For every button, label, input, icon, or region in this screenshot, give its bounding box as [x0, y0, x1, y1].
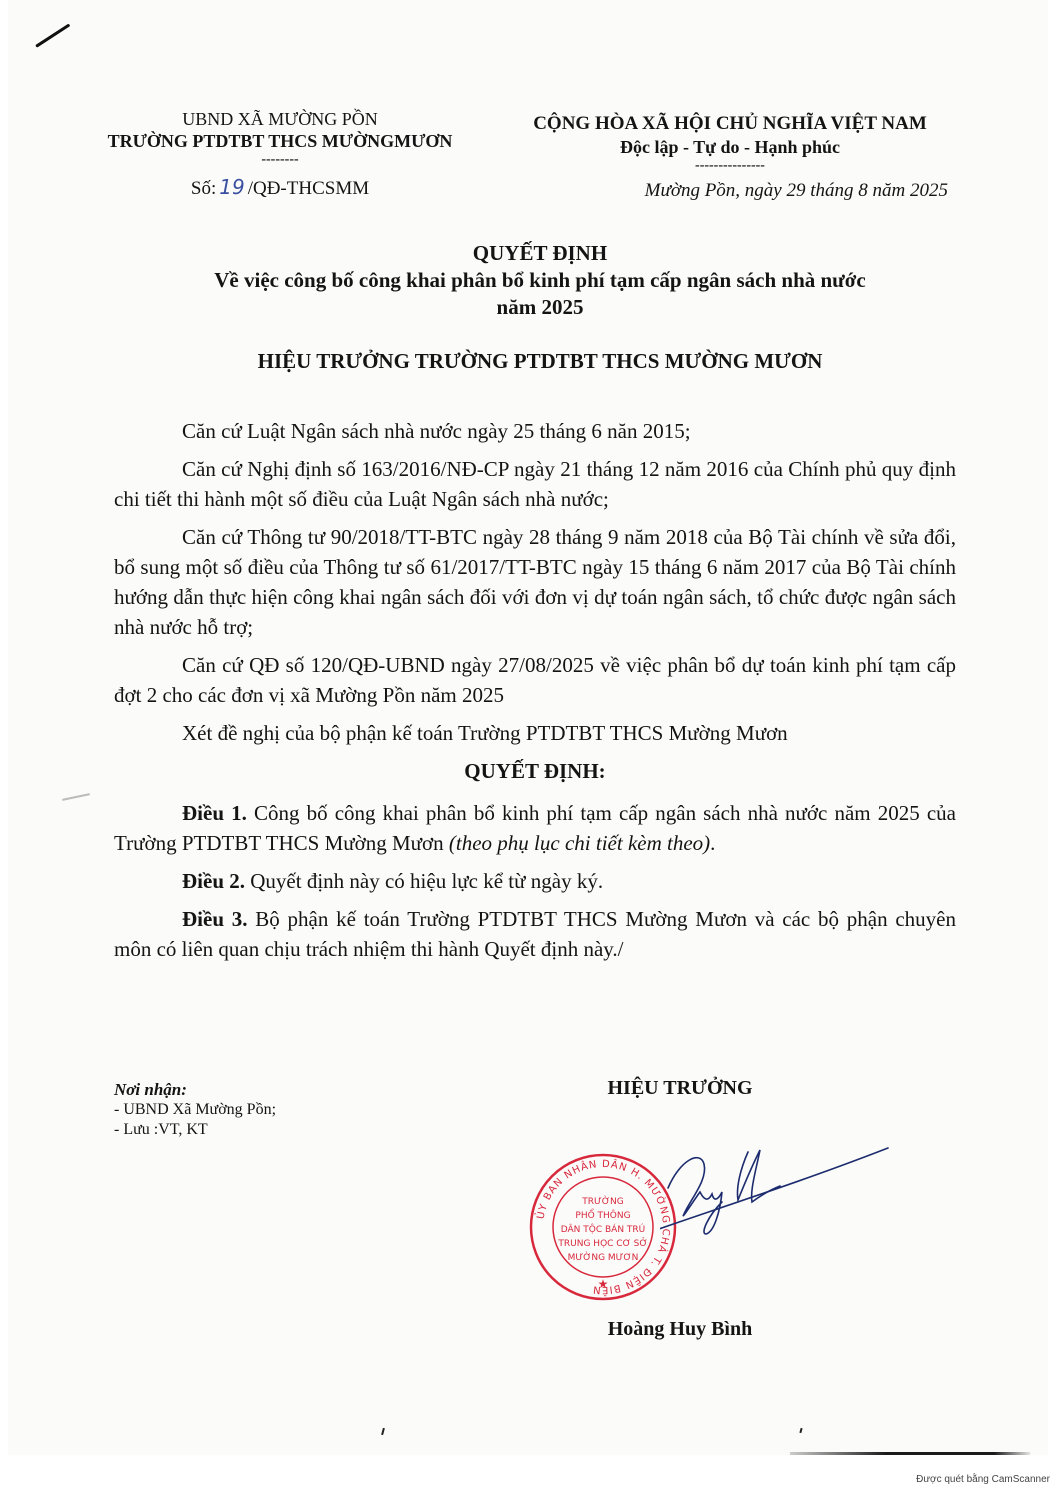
document-body: Căn cứ Luật Ngân sách nhà nước ngày 25 t…: [114, 416, 956, 972]
svg-text:MƯỜNG MƯƠN: MƯỜNG MƯƠN: [568, 1251, 639, 1263]
scanner-watermark: Được quét bằng CamScanner: [860, 1474, 1050, 1485]
number-suffix: /QĐ-THCSMM: [248, 178, 369, 199]
national-motto: Độc lập - Tự do - Hạnh phúc: [490, 136, 970, 158]
authority-name: UBND XÃ MƯỜNG PỒN: [70, 108, 490, 130]
legal-basis-3: Căn cứ Thông tư 90/2018/TT-BTC ngày 28 t…: [114, 522, 956, 642]
recipients-label: Nơi nhận:: [114, 1080, 474, 1100]
article-label: Điều 1.: [182, 801, 247, 825]
svg-text:DÂN TỘC BÁN TRÚ: DÂN TỘC BÁN TRÚ: [561, 1223, 646, 1235]
svg-text:TRUNG HỌC CƠ SỞ: TRUNG HỌC CƠ SỞ: [557, 1237, 647, 1249]
subject-line-2: năm 2025: [140, 294, 940, 321]
handwritten-number: 19: [216, 175, 247, 199]
article-2: Điều 2. Quyết định này có hiệu lực kể từ…: [114, 866, 956, 896]
article-1: Điều 1. Công bố công khai phân bổ kinh p…: [114, 798, 956, 858]
proposal-basis: Xét đề nghị của bộ phận kế toán Trường P…: [114, 718, 956, 748]
recipient-item: - Lưu :VT, KT: [114, 1120, 474, 1140]
svg-text:★: ★: [598, 1277, 609, 1291]
article-label: Điều 2.: [182, 869, 245, 893]
document-title-block: QUYẾT ĐỊNH Về việc công bố công khai phâ…: [140, 240, 940, 375]
national-heading-block: CỘNG HÒA XÃ HỘI CHỦ NGHĨA VIỆT NAM Độc l…: [490, 112, 970, 204]
document-type: QUYẾT ĐỊNH: [140, 240, 940, 267]
legal-basis-1: Căn cứ Luật Ngân sách nhà nước ngày 25 t…: [114, 416, 956, 446]
svg-text:PHỔ THÔNG: PHỔ THÔNG: [575, 1208, 630, 1221]
document-number: Số:19/QĐ-THCSMM: [70, 174, 490, 202]
svg-text:TRƯỜNG: TRƯỜNG: [581, 1195, 623, 1207]
legal-basis-2: Căn cứ Nghị định số 163/2016/NĐ-CP ngày …: [114, 454, 956, 514]
issuer-heading: HIỆU TRƯỞNG TRƯỜNG PTDTBT THCS MƯỜNG MƯƠ…: [140, 347, 940, 375]
article-note: (theo phụ lục chi tiết kèm theo): [449, 831, 710, 855]
legal-basis-4: Căn cứ QĐ số 120/QĐ-UBND ngày 27/08/2025…: [114, 650, 956, 710]
place-date: Mường Pồn, ngày 29 tháng 8 năm 2025: [490, 178, 970, 204]
school-name: TRƯỜNG PTDTBT THCS MƯỜNGMƯƠN: [70, 130, 490, 152]
decision-heading: QUYẾT ĐỊNH:: [114, 756, 956, 786]
article-end: .: [710, 831, 715, 855]
divider: --------: [70, 152, 490, 168]
page-edge-shadow: [790, 1452, 1030, 1455]
handwritten-signature: [660, 1140, 890, 1240]
recipients-block: Nơi nhận: - UBND Xã Mường Pồn; - Lưu :VT…: [114, 1080, 474, 1140]
article-text: Quyết định này có hiệu lực kể từ ngày ký…: [245, 869, 603, 893]
subject-line-1: Về việc công bố công khai phân bổ kinh p…: [140, 267, 940, 294]
signer-title: HIỆU TRƯỞNG: [540, 1077, 820, 1100]
number-prefix: Số:: [191, 178, 216, 199]
recipient-item: - UBND Xã Mường Pồn;: [114, 1100, 474, 1120]
official-stamp: ỦY BAN NHÂN DÂN H. MƯỜNG CHÀ T. ĐIỆN BIÊ…: [528, 1152, 678, 1302]
article-3: Điều 3. Bộ phận kế toán Trường PTDTBT TH…: [114, 904, 956, 964]
divider: ---------------: [490, 158, 970, 174]
article-label: Điều 3.: [182, 907, 248, 931]
country-name: CỘNG HÒA XÃ HỘI CHỦ NGHĨA VIỆT NAM: [490, 112, 970, 136]
signer-name: Hoàng Huy Bình: [540, 1318, 820, 1341]
issuing-agency-block: UBND XÃ MƯỜNG PỒN TRƯỜNG PTDTBT THCS MƯỜ…: [70, 108, 490, 202]
